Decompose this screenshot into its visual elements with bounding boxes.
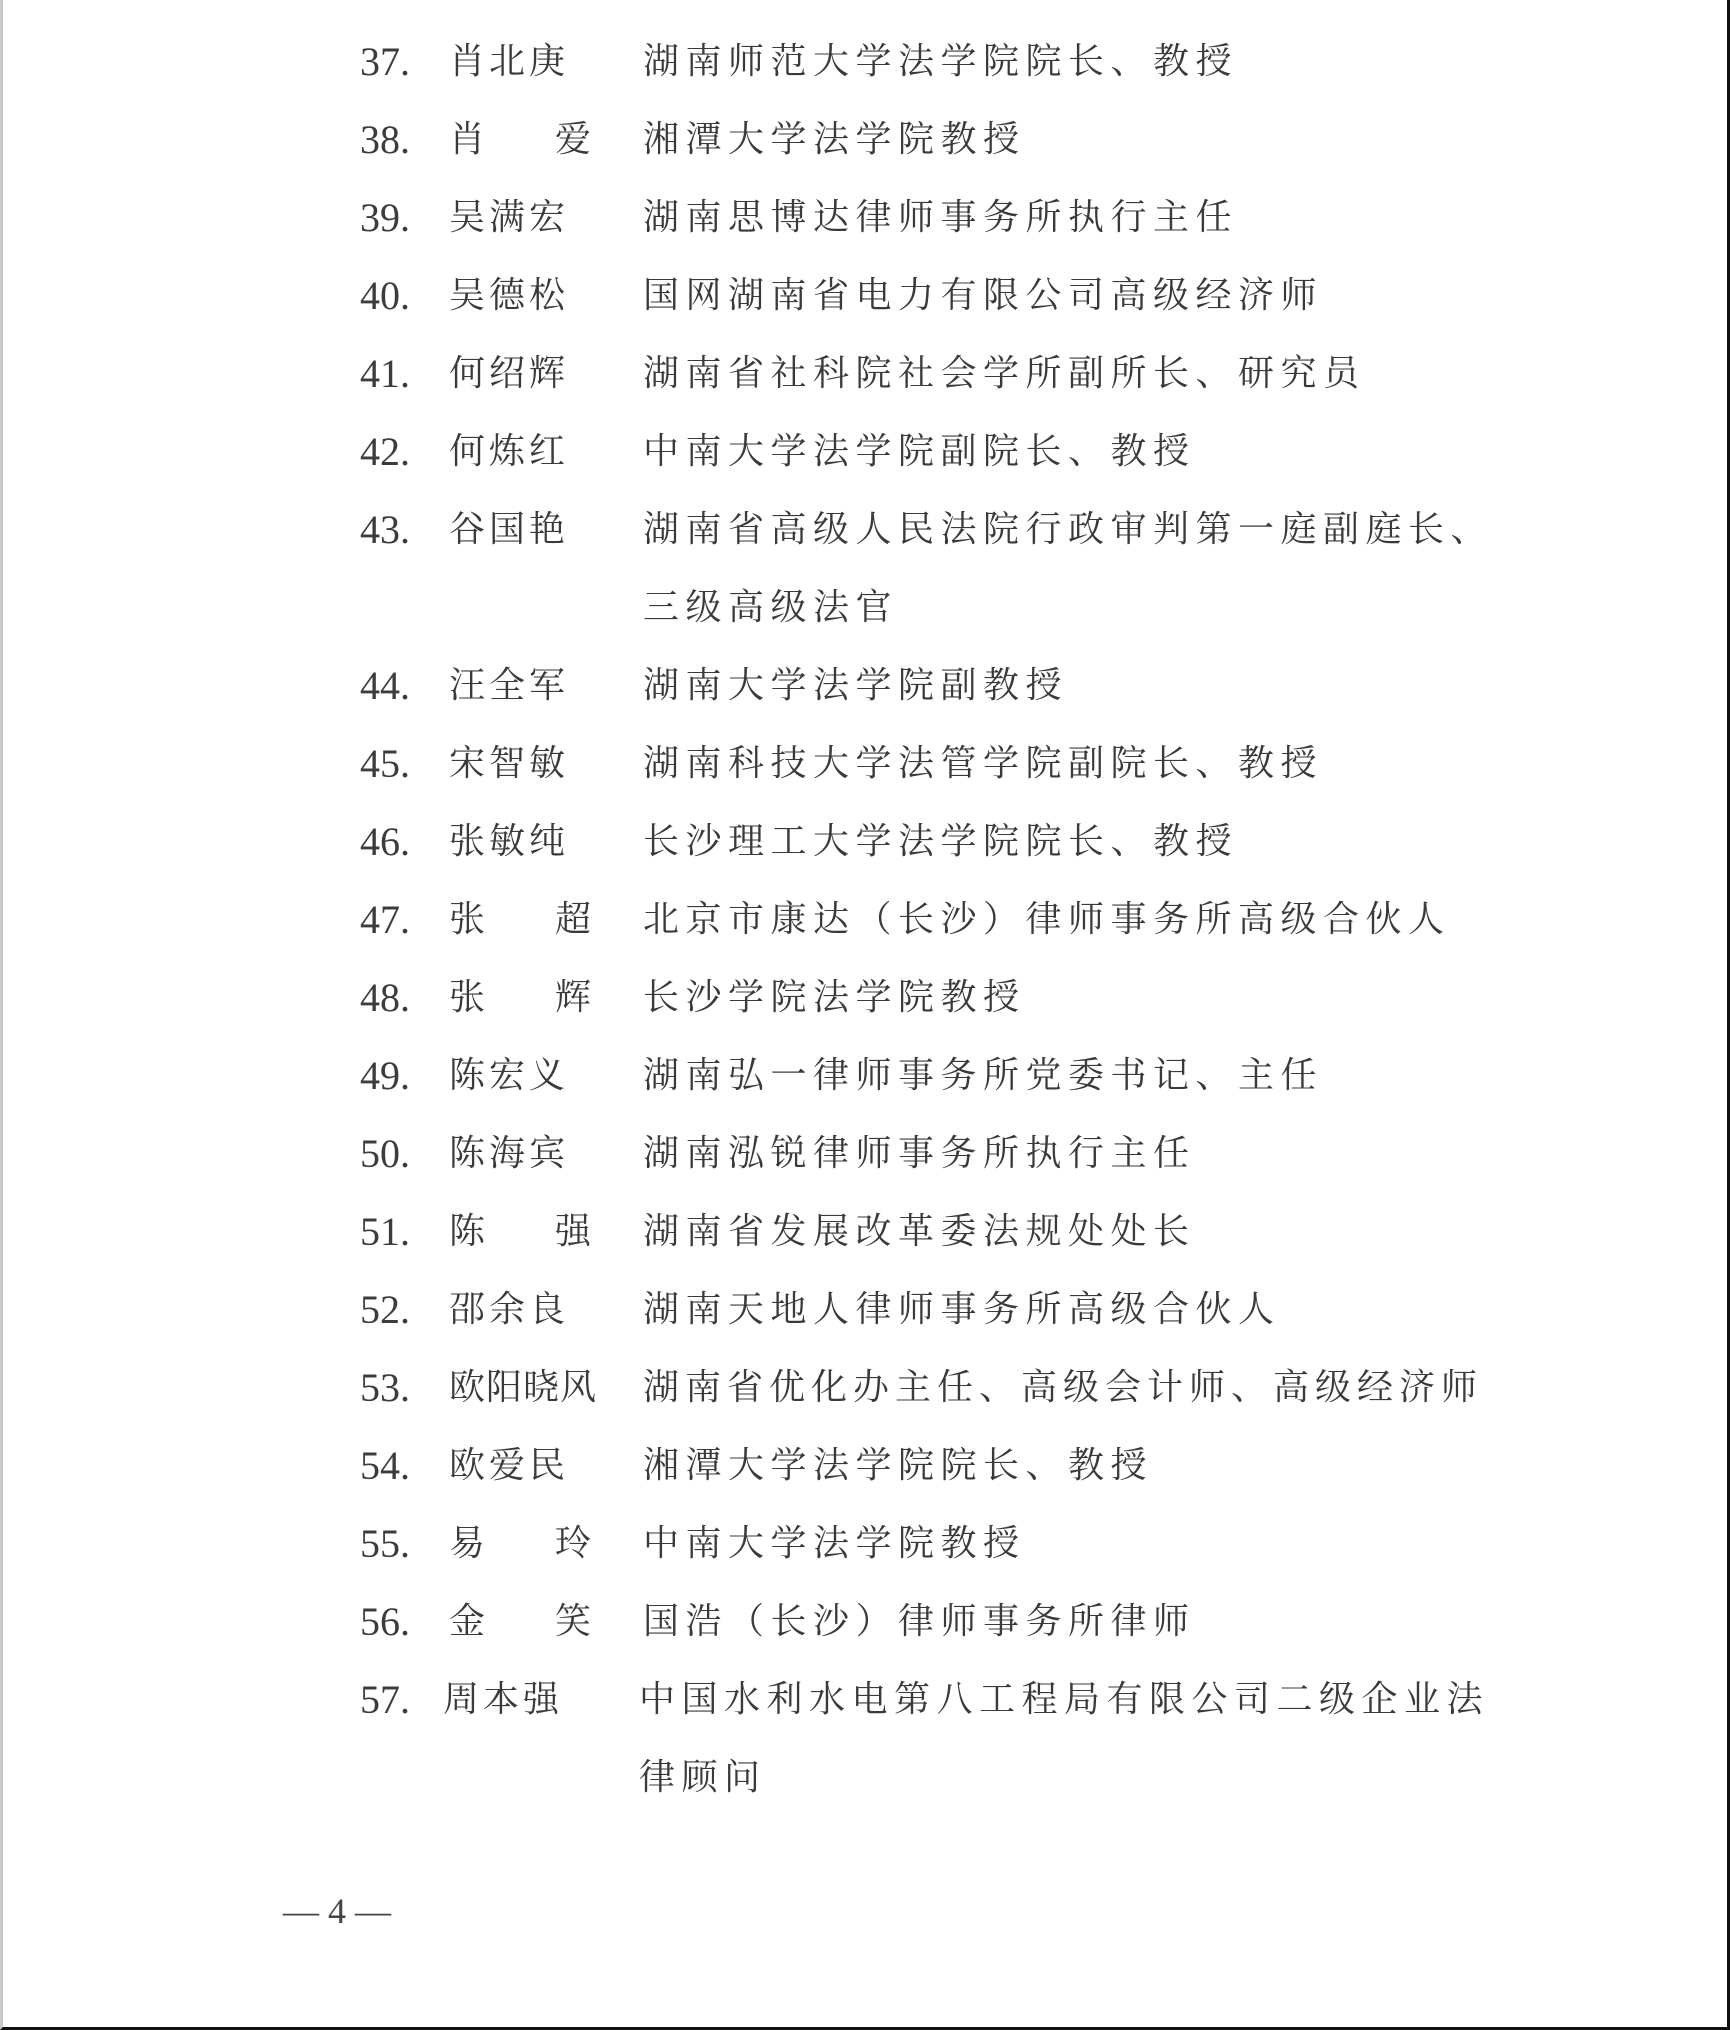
entry-name: 何炼红	[449, 427, 639, 477]
entry-name: 谷国艳	[449, 505, 639, 555]
entry-number: 40.	[360, 271, 410, 321]
entry-name: 何绍辉	[449, 349, 639, 399]
entry-name: 汪全军	[449, 661, 639, 711]
entry-name-char: 陈	[449, 1207, 485, 1257]
entry-number: 54.	[360, 1441, 410, 1491]
page-number: — 4 —	[283, 1886, 391, 1936]
entry-name: 吴满宏	[449, 193, 639, 243]
entry-name-char: 笑	[555, 1597, 591, 1647]
entry-name-char: 强	[555, 1207, 591, 1257]
entry-number: 42.	[360, 427, 410, 477]
entry-name-char: 玲	[555, 1519, 591, 1569]
entry-name: 欧阳晓风	[449, 1363, 639, 1413]
entry-number: 55.	[360, 1519, 410, 1569]
entry-number: 50.	[360, 1129, 410, 1179]
entry-name: 陈宏义	[449, 1051, 639, 1101]
entry-name-char: 超	[555, 895, 591, 945]
entry-number: 43.	[360, 505, 410, 555]
entry-name: 吴德松	[449, 271, 639, 321]
entry-organization: 湘潭大学法学院教授	[643, 115, 1026, 165]
entry-name-char: 易	[449, 1519, 485, 1569]
entry-number: 53.	[360, 1363, 410, 1413]
entry-organization: 中南大学法学院副院长、教授	[643, 427, 1196, 477]
entry-number: 56.	[360, 1597, 410, 1647]
entry-organization: 湖南科技大学法管学院副院长、教授	[643, 739, 1323, 789]
entry-organization: 湖南弘一律师事务所党委书记、主任	[643, 1051, 1323, 1101]
entry-number: 39.	[360, 193, 410, 243]
entry-number: 51.	[360, 1207, 410, 1257]
entry-organization: 湖南大学法学院副教授	[643, 661, 1068, 711]
entry-name-char: 张	[449, 895, 485, 945]
entry-organization: 北京市康达（长沙）律师事务所高级合伙人	[643, 895, 1451, 945]
entry-number: 37.	[360, 37, 410, 87]
entry-name: 欧爱民	[449, 1441, 639, 1491]
entry-organization-continued: 三级高级法官	[643, 583, 898, 633]
entry-number: 45.	[360, 739, 410, 789]
list-item: 43. 谷国艳 湖南省高级人民法院行政审判第一庭副庭长、 三级高级法官	[3, 530, 1730, 608]
entry-organization: 湖南师范大学法学院院长、教授	[643, 37, 1238, 87]
entry-name: 宋智敏	[449, 739, 639, 789]
entry-organization: 湖南泓锐律师事务所执行主任	[643, 1129, 1196, 1179]
entry-name-char: 辉	[555, 973, 591, 1023]
entry-number: 47.	[360, 895, 410, 945]
entry-name-char: 金	[449, 1597, 485, 1647]
entry-organization: 湖南省高级人民法院行政审判第一庭副庭长、	[643, 505, 1493, 555]
entry-name-char: 肖	[449, 115, 485, 165]
entry-name: 肖北庚	[449, 37, 639, 87]
entry-organization: 长沙学院法学院教授	[643, 973, 1026, 1023]
entry-number: 46.	[360, 817, 410, 867]
entry-name: 周本强	[443, 1675, 633, 1725]
entry-organization: 湖南天地人律师事务所高级合伙人	[643, 1285, 1281, 1335]
entry-organization: 长沙理工大学法学院院长、教授	[643, 817, 1238, 867]
entry-number: 52.	[360, 1285, 410, 1335]
entry-organization: 国网湖南省电力有限公司高级经济师	[643, 271, 1323, 321]
entry-organization: 中国水利水电第八工程局有限公司二级企业法	[639, 1675, 1489, 1725]
entry-name-char: 爱	[555, 115, 591, 165]
entry-name: 张敏纯	[449, 817, 639, 867]
entry-name-char: 张	[449, 973, 485, 1023]
entry-organization: 湖南思博达律师事务所执行主任	[643, 193, 1238, 243]
entry-organization: 国浩（长沙）律师事务所律师	[643, 1597, 1196, 1647]
entry-number: 38.	[360, 115, 410, 165]
entry-number: 48.	[360, 973, 410, 1023]
entry-name: 陈海宾	[449, 1129, 639, 1179]
entry-organization-continued: 律顾问	[639, 1753, 767, 1803]
entry-name: 邵余良	[449, 1285, 639, 1335]
entry-organization: 湖南省社科院社会学所副所长、研究员	[643, 349, 1366, 399]
entry-number: 44.	[360, 661, 410, 711]
entry-organization: 湖南省优化办主任、高级会计师、高级经济师	[643, 1363, 1483, 1413]
entry-number: 49.	[360, 1051, 410, 1101]
list-item: 57. 周本强 中国水利水电第八工程局有限公司二级企业法 律顾问	[3, 1700, 1730, 1778]
entry-number: 57.	[360, 1675, 410, 1725]
entry-number: 41.	[360, 349, 410, 399]
entry-organization: 湖南省发展改革委法规处处长	[643, 1207, 1196, 1257]
document-page: 37. 肖北庚 湖南师范大学法学院院长、教授 38. 肖 爱 湘潭大学法学院教授…	[0, 0, 1730, 2030]
entry-organization: 湘潭大学法学院院长、教授	[643, 1441, 1153, 1491]
entry-organization: 中南大学法学院教授	[643, 1519, 1026, 1569]
